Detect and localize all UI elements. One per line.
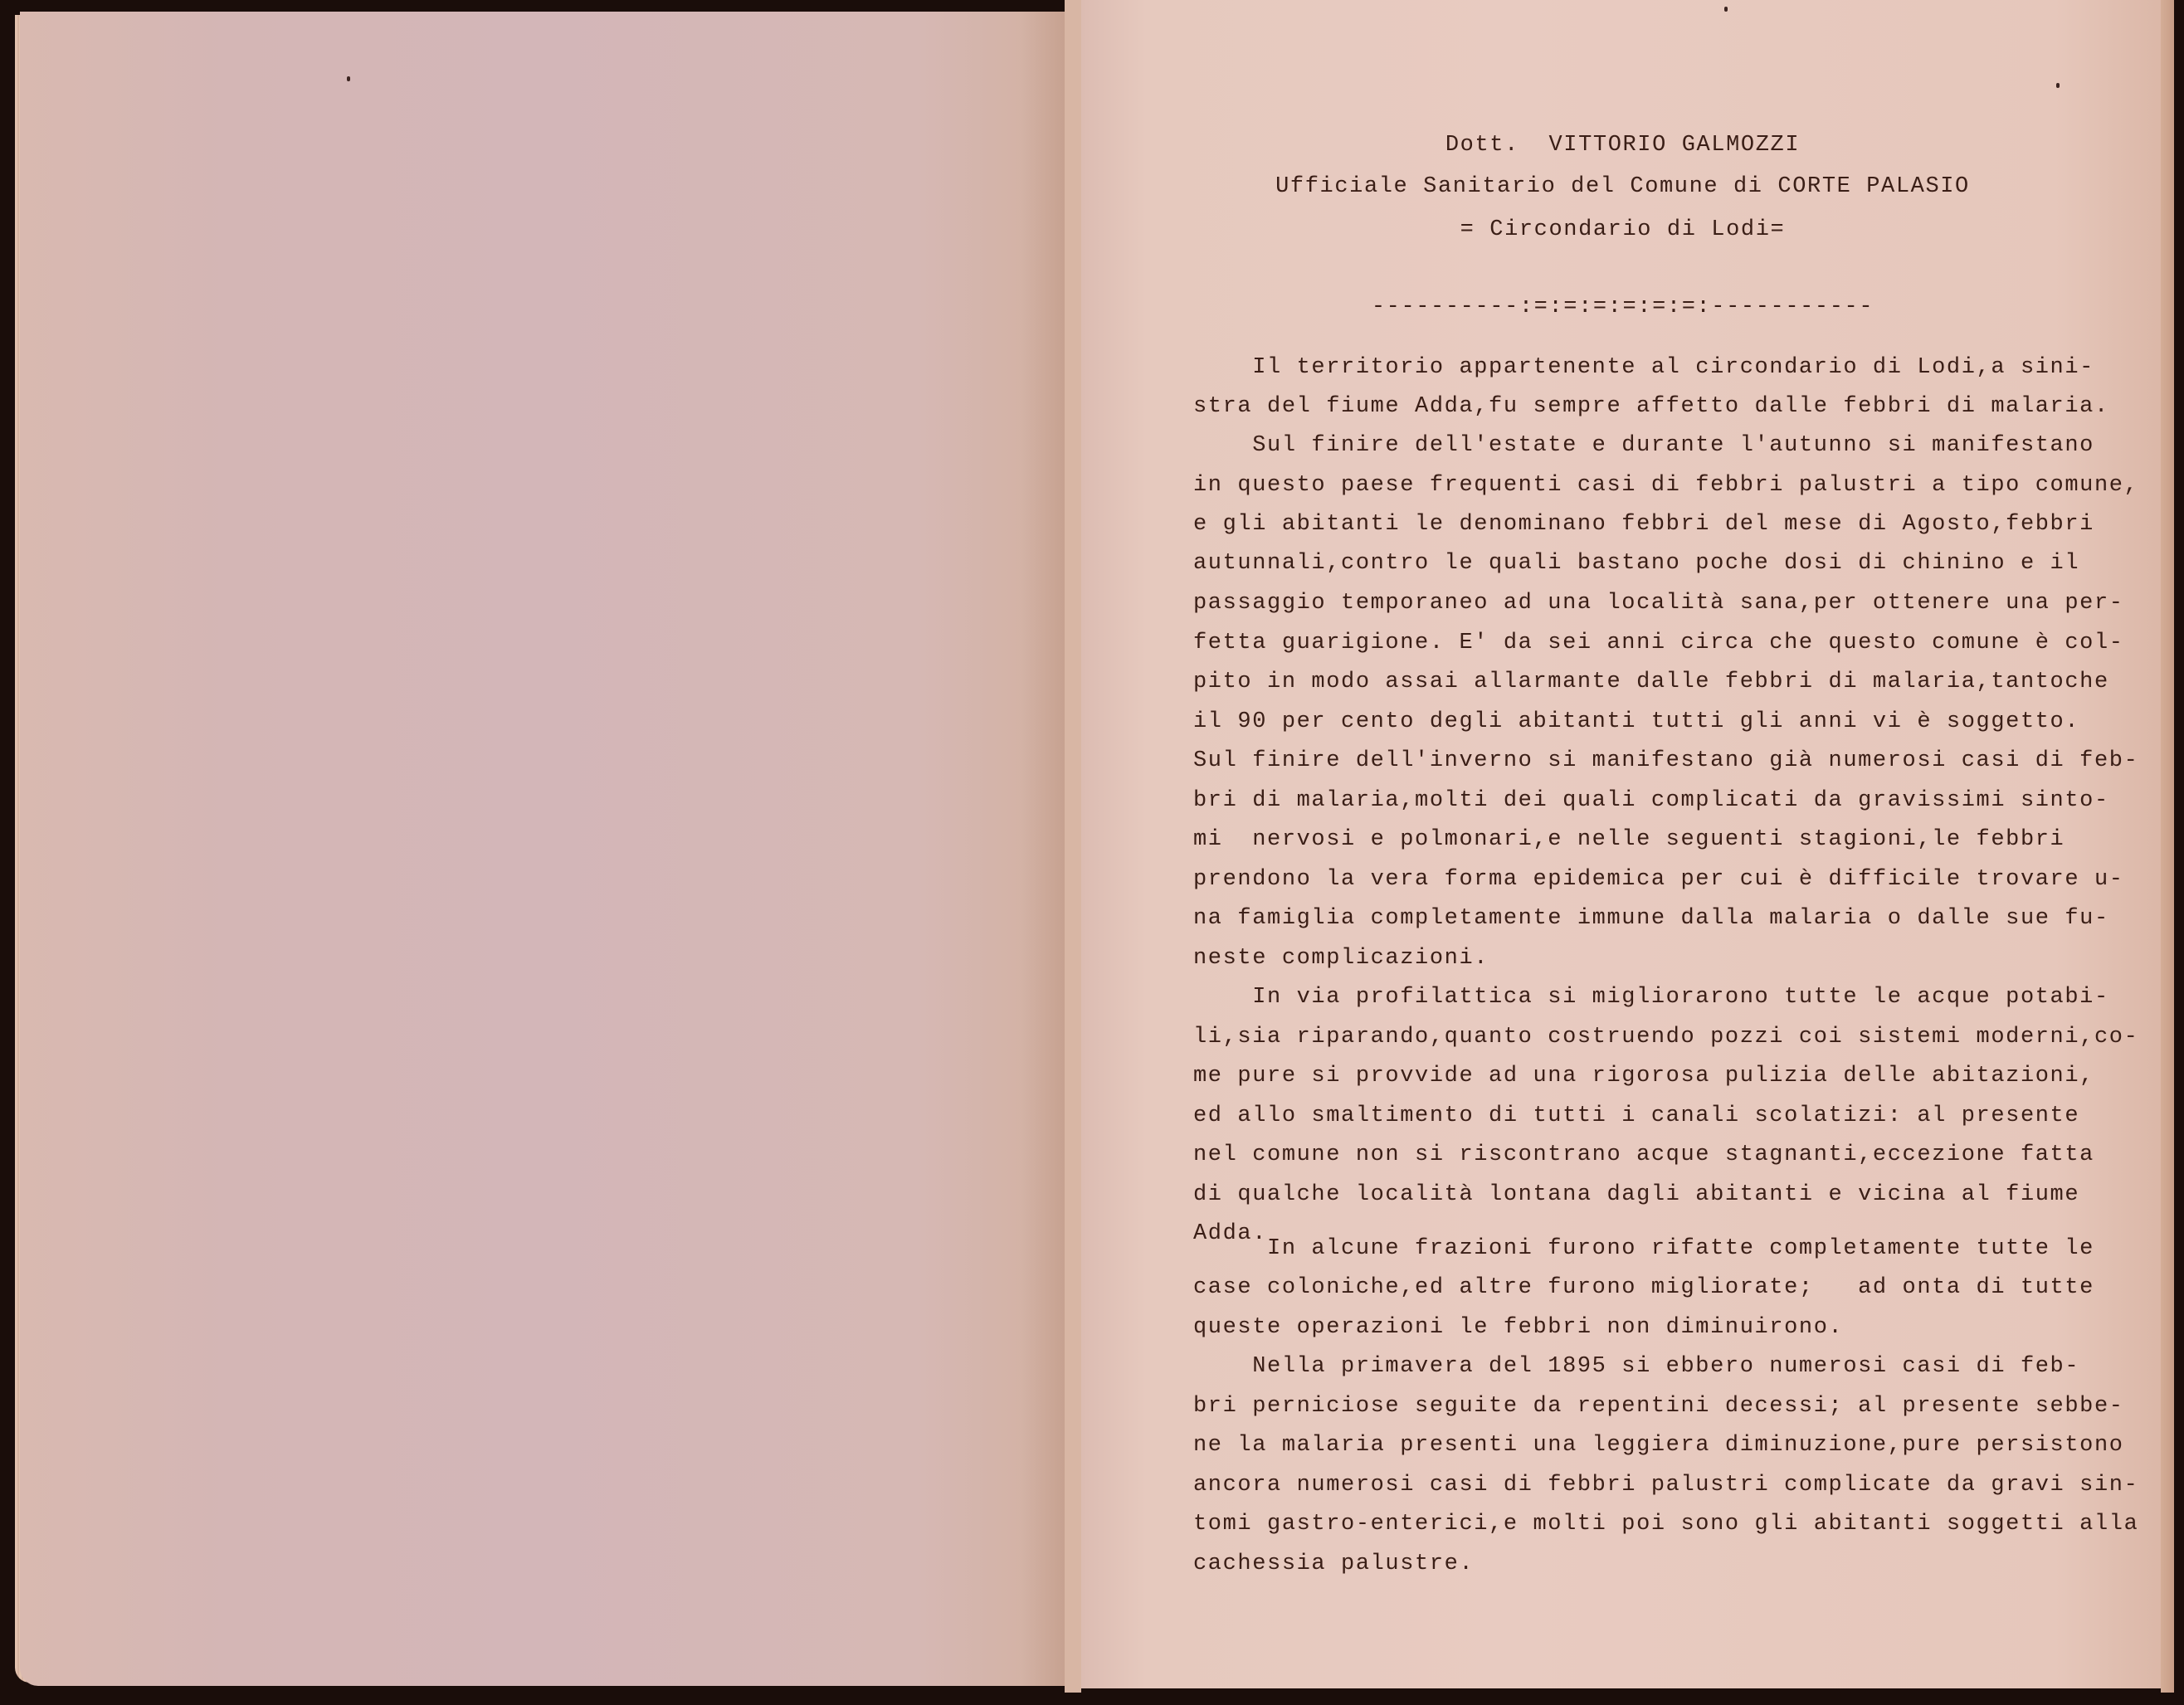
text-line: bri di malaria,molti dei quali complicat… bbox=[1193, 788, 2109, 813]
paper-speck bbox=[347, 76, 350, 81]
text-line: di qualche località lontana dagli abitan… bbox=[1193, 1182, 2079, 1207]
text-line: prendono la vera forma epidemica per cui… bbox=[1193, 867, 2124, 892]
text-line: ed allo smaltimento di tutti i canali sc… bbox=[1193, 1103, 2079, 1128]
text-line: fetta guarigione. E' da sei anni circa c… bbox=[1193, 631, 2124, 655]
text-line: pito in modo assai allarmante dalle febb… bbox=[1193, 670, 2109, 694]
text-line: li,sia riparando,quanto costruendo pozzi… bbox=[1193, 1025, 2138, 1050]
text-line: ancora numerosi casi di febbri palustri … bbox=[1193, 1473, 2138, 1498]
author-name: Dott. VITTORIO GALMOZZI bbox=[1081, 133, 2164, 158]
text-line: na famiglia completamente immune dalla m… bbox=[1193, 906, 2109, 931]
text-line: queste operazioni le febbri non diminuir… bbox=[1193, 1315, 1843, 1340]
text-line: passaggio temporaneo ad una località san… bbox=[1193, 591, 2124, 616]
text-line: e gli abitanti le denominano febbri del … bbox=[1193, 512, 2094, 537]
text-line: ne la malaria presenti una leggiera dimi… bbox=[1193, 1433, 2124, 1458]
text-line: In alcune frazioni furono rifatte comple… bbox=[1193, 1236, 2094, 1261]
text-line: autunnali,contro le quali bastano poche … bbox=[1193, 551, 2079, 576]
text-line: Nella primavera del 1895 si ebbero numer… bbox=[1193, 1354, 2079, 1379]
paper-speck bbox=[1724, 7, 1728, 12]
text-line: tomi gastro-enterici,e molti poi sono gl… bbox=[1193, 1512, 2138, 1537]
district-line: = Circondario di Lodi= bbox=[1081, 217, 2164, 242]
text-line: bri perniciose seguite da repentini dece… bbox=[1193, 1394, 2124, 1419]
text-line: Sul finire dell'estate e durante l'autun… bbox=[1193, 433, 2094, 458]
separator-line: ----------:=:=:=:=:=:=:----------- bbox=[1081, 295, 2164, 319]
author-title: Ufficiale Sanitario del Comune di CORTE … bbox=[1081, 174, 2164, 199]
text-line: cachessia palustre. bbox=[1193, 1552, 1474, 1576]
text-line: case coloniche,ed altre furono migliorat… bbox=[1193, 1275, 2094, 1300]
gutter bbox=[1065, 0, 1081, 1693]
text-line: In via profilattica si migliorarono tutt… bbox=[1193, 985, 2109, 1010]
text-line: nel comune non si riscontrano acque stag… bbox=[1193, 1142, 2094, 1167]
text-line: stra del fiume Adda,fu sempre affetto da… bbox=[1193, 394, 2109, 419]
text-line: me pure si provvide ad una rigorosa puli… bbox=[1193, 1064, 2094, 1089]
book-spread: Dott. VITTORIO GALMOZZI Ufficiale Sanita… bbox=[0, 0, 2184, 1705]
text-line: il 90 per cento degli abitanti tutti gli… bbox=[1193, 709, 2079, 734]
text-line: Sul finire dell'inverno si manifestano g… bbox=[1193, 748, 2138, 773]
text-line: neste complicazioni. bbox=[1193, 946, 1489, 971]
right-page-edge bbox=[2161, 0, 2174, 1693]
text-line: Il territorio appartenente al circondari… bbox=[1193, 355, 2094, 380]
text-line: in questo paese frequenti casi di febbri… bbox=[1193, 473, 2138, 498]
left-page-blank bbox=[20, 12, 1074, 1686]
text-line: mi nervosi e polmonari,e nelle seguenti … bbox=[1193, 827, 2065, 852]
paper-speck bbox=[2056, 83, 2060, 88]
